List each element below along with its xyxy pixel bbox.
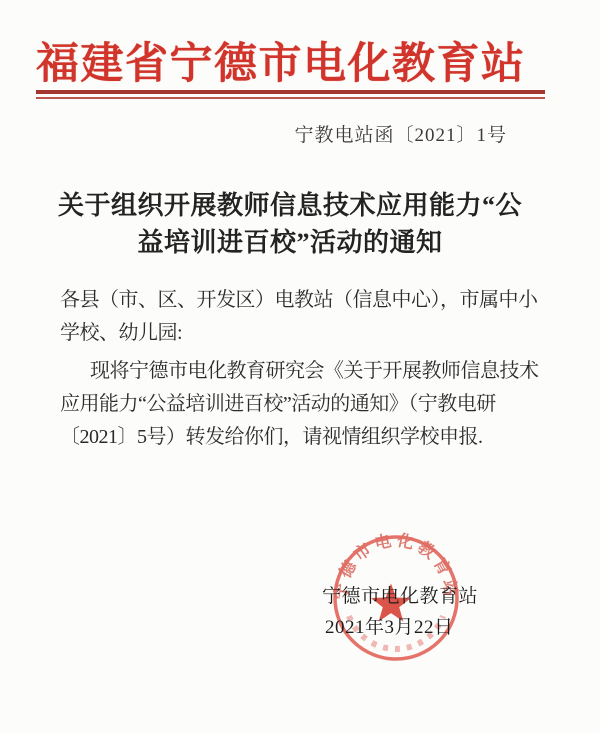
body-text: 各县（市、区、开发区）电教站（信息中心），市属中小 学校、幼儿园: 现将宁德市电… <box>60 284 520 454</box>
notice-title-line1: 关于组织开展教师信息技术应用能力“公 <box>30 187 550 224</box>
body-line: 现将宁德市电化教育研究会《关于开展教师信息技术 <box>60 355 520 388</box>
document-number: 宁教电站函〔2021〕1号 <box>0 120 507 147</box>
signature-agency: 宁德市电化教育站 <box>322 581 472 608</box>
agency-masthead: 福建省宁德市电化教育站 <box>36 30 556 91</box>
paragraph-addressees: 各县（市、区、开发区）电教站（信息中心），市属中小 学校、幼儿园: <box>60 284 520 350</box>
header-divider-thick <box>36 90 545 94</box>
body-line: 各县（市、区、开发区）电教站（信息中心），市属中小 <box>60 284 520 317</box>
signature-date: 2021年3月22日 <box>325 612 475 639</box>
body-line: 〔2021〕5号）转发给你们，请视情组织学校申报. <box>60 421 520 454</box>
paragraph-main: 现将宁德市电化教育研究会《关于开展教师信息技术 应用能力“公益培训进百校”活动的… <box>60 355 520 454</box>
header-divider-thin <box>36 97 545 99</box>
body-line: 应用能力“公益培训进百校”活动的通知》（宁教电研 <box>60 388 520 421</box>
notice-title: 关于组织开展教师信息技术应用能力“公 益培训进百校”活动的通知 <box>30 187 550 261</box>
body-line: 学校、幼儿园: <box>60 317 520 350</box>
document-page: 福建省宁德市电化教育站 宁教电站函〔2021〕1号 关于组织开展教师信息技术应用… <box>0 0 600 733</box>
notice-title-line2: 益培训进百校”活动的通知 <box>30 224 550 261</box>
header-divider <box>36 90 545 99</box>
